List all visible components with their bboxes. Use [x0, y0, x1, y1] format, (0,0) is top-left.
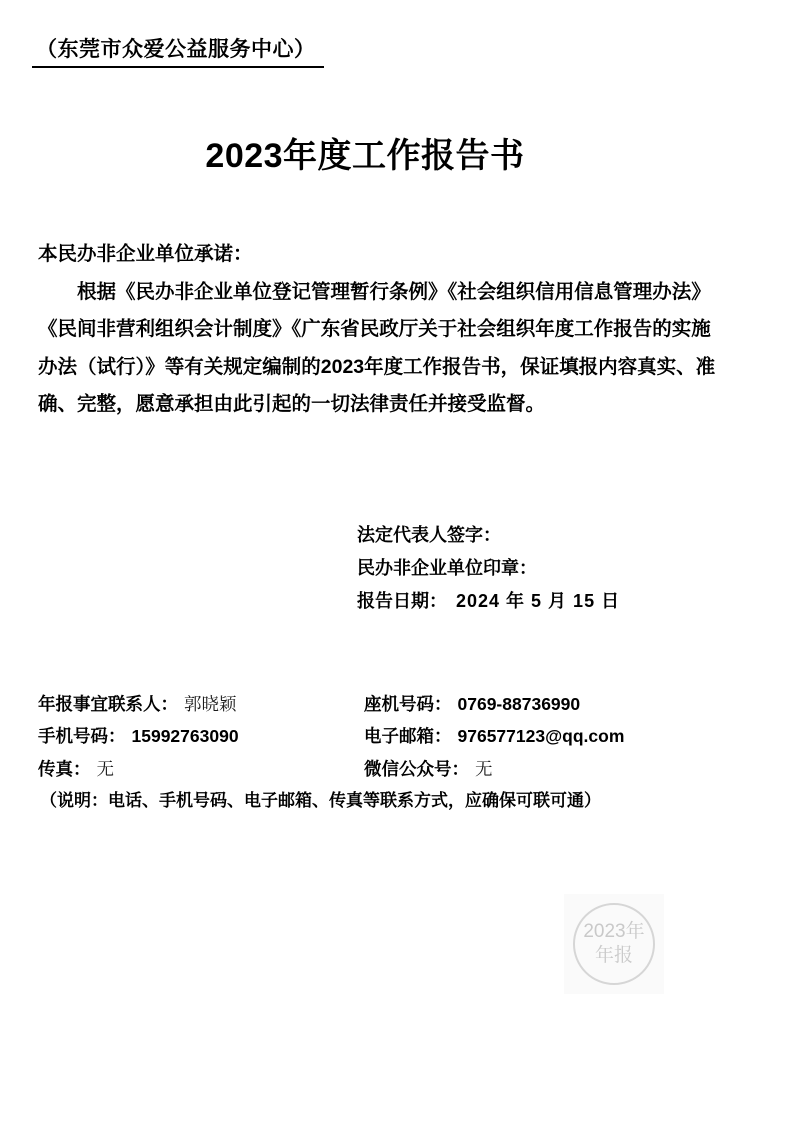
landline-cell: 座机号码：0769-88736990: [364, 692, 580, 716]
signature-block: 法定代表人签字： 民办非企业单位印章： 报告日期：2024 年 5 月 15 日: [357, 519, 620, 618]
watermark-line2: 年报: [595, 944, 633, 968]
commitment-paragraph: 本民办非企业单位承诺： 根据《民办非企业单位登记管理暂行条例》《社会组织信用信息…: [38, 236, 768, 424]
annual-report-watermark: 2023年 年报: [564, 894, 664, 994]
wechat-cell: 微信公众号：无: [364, 757, 493, 781]
landline-label: 座机号码：: [364, 694, 452, 714]
mobile-cell: 手机号码：15992763090: [38, 724, 239, 748]
commitment-line: 根据《民办非企业单位登记管理暂行条例》《社会组织信用信息管理办法》: [38, 274, 768, 312]
page-title: 2023年度工作报告书: [0, 128, 730, 177]
commitment-heading: 本民办非企业单位承诺：: [38, 236, 768, 274]
contact-row: 传真：无 微信公众号：无: [0, 757, 794, 781]
unit-seal-label: 民办非企业单位印章：: [357, 558, 537, 578]
organization-name: （东莞市众爱公益服务中心）: [32, 33, 324, 68]
contact-note: （说明：电话、手机号码、电子邮箱、传真等联系方式，应确保可联可通）: [40, 786, 601, 811]
commitment-line: 办法（试行）》等有关规定编制的2023年度工作报告书，保证填报内容真实、准: [38, 349, 768, 387]
landline-value: 0769-88736990: [458, 694, 581, 714]
contact-row: 年报事宜联系人：郭晓颖 座机号码：0769-88736990: [0, 692, 794, 716]
contact-row: 手机号码：15992763090 电子邮箱：976577123@qq.com: [0, 724, 794, 748]
fax-cell: 传真：无: [38, 757, 114, 781]
watermark-line1: 2023年: [583, 920, 644, 944]
unit-seal-row: 民办非企业单位印章：: [357, 552, 620, 585]
wechat-label: 微信公众号：: [364, 759, 469, 779]
wechat-value: 无: [475, 759, 493, 779]
commitment-line: 《民间非营利组织会计制度》《广东省民政厅关于社会组织年度工作报告的实施: [38, 311, 768, 349]
report-date-row: 报告日期：2024 年 5 月 15 日: [357, 585, 620, 618]
report-date-value: 2024 年 5 月 15 日: [456, 591, 620, 611]
mobile-label: 手机号码：: [38, 726, 126, 746]
contact-person-value: 郭晓颖: [184, 694, 237, 714]
contact-person-label: 年报事宜联系人：: [38, 694, 178, 714]
commitment-line: 确、完整，愿意承担由此引起的一切法律责任并接受监督。: [38, 386, 768, 424]
contact-person-cell: 年报事宜联系人：郭晓颖: [38, 692, 237, 716]
report-cover-page: （东莞市众爱公益服务中心） 2023年度工作报告书 本民办非企业单位承诺： 根据…: [0, 0, 794, 1123]
email-value: 976577123@qq.com: [458, 726, 625, 746]
fax-label: 传真：: [38, 759, 91, 779]
email-cell: 电子邮箱：976577123@qq.com: [364, 724, 624, 748]
legal-rep-signature-row: 法定代表人签字：: [357, 519, 620, 552]
fax-value: 无: [97, 759, 115, 779]
legal-rep-signature-label: 法定代表人签字：: [357, 525, 501, 545]
email-label: 电子邮箱：: [364, 726, 452, 746]
report-date-label: 报告日期：: [357, 591, 447, 611]
mobile-value: 15992763090: [132, 726, 239, 746]
watermark-stamp-circle: 2023年 年报: [573, 903, 655, 985]
